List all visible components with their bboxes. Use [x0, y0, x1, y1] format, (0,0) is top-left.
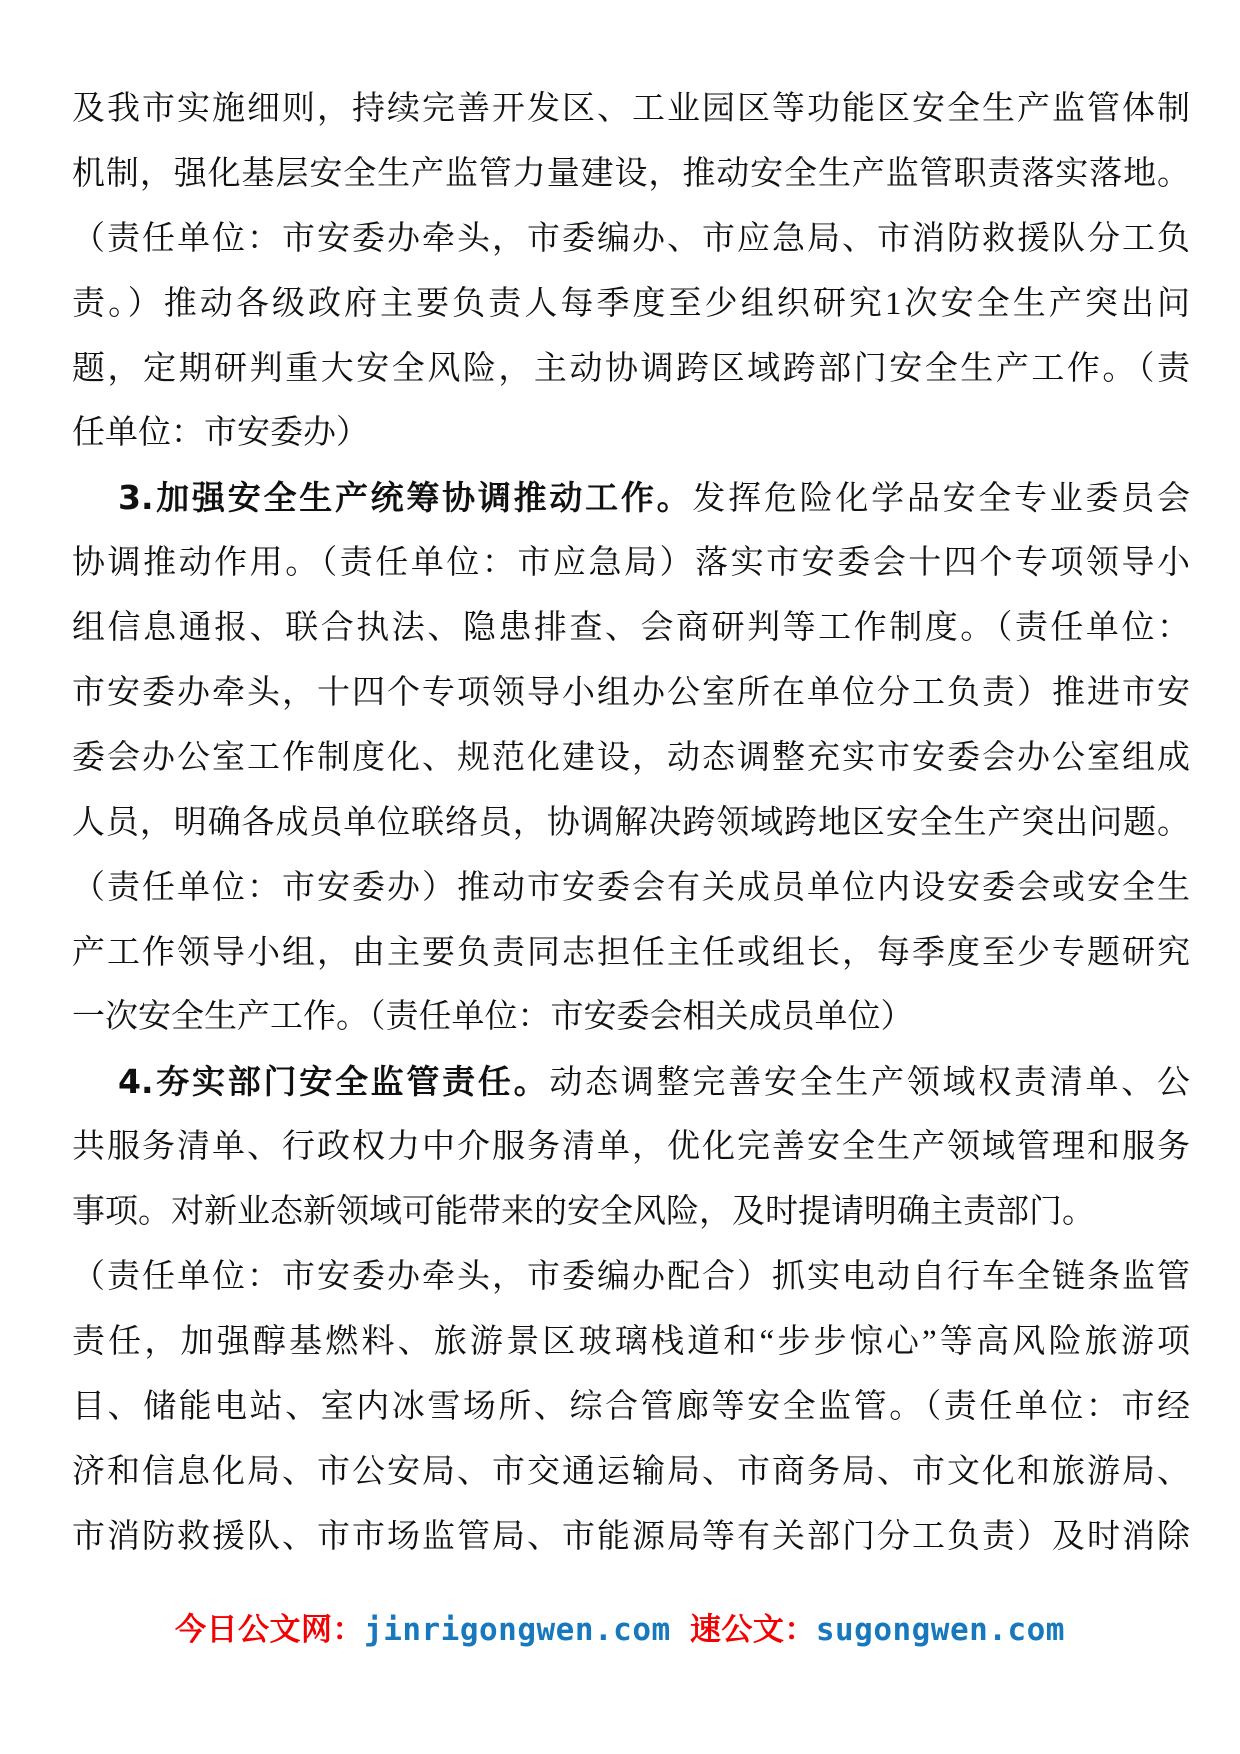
line-text: 责。）推动各级政府主要负责人每季度至少组织研究1次安全生产突出问 — [72, 286, 1190, 322]
text-line: 协调推动作用。（责任单位：市应急局）落实市安委会十四个专项领导小 — [72, 531, 1190, 596]
section-4-title: 4.夯实部门安全监管责任。 — [118, 1062, 549, 1101]
text-line: 人员，明确各成员单位联络员，协调解决跨领域跨地区安全生产突出问题。 — [72, 791, 1190, 856]
footer-site-2-label: 速公文： — [671, 1612, 816, 1648]
line-text: 及我市实施细则，持续完善开发区、工业园区等功能区安全生产监管体制 — [72, 91, 1190, 127]
text-line: （责任单位：市安委办牵头，市委编办、市应急局、市消防救援队分工负 — [72, 207, 1190, 272]
line-text: （责任单位：市安委办牵头，市委编办配合）抓实电动自行车全链条监管 — [72, 1259, 1190, 1295]
line-text: 市消防救援队、市市场监管局、市能源局等有关部门分工负责）及时消除 — [72, 1519, 1190, 1555]
line-text: （责任单位：市安委办牵头，市委编办、市应急局、市消防救援队分工负 — [72, 221, 1190, 257]
line-text: 任单位：市安委办） — [72, 415, 369, 451]
text-line: 委会办公室工作制度化、规范化建设，动态调整充实市安委会办公室组成 — [72, 726, 1190, 791]
footer-site-1-url: jinrigongwen.com — [364, 1612, 671, 1648]
footer-site-1-label: 今日公文网： — [175, 1612, 364, 1648]
line-text: 动态调整完善安全生产领域权责清单、公 — [549, 1065, 1190, 1101]
section-3-title: 3.加强安全生产统筹协调推动工作。 — [118, 478, 692, 517]
text-line: 及我市实施细则，持续完善开发区、工业园区等功能区安全生产监管体制 — [72, 77, 1190, 142]
text-line: 市安委办牵头，十四个专项领导小组办公室所在单位分工负责）推进市安 — [72, 661, 1190, 726]
text-line: 任单位：市安委办） — [72, 401, 1190, 466]
text-line: 一次安全生产工作。（责任单位：市安委会相关成员单位） — [72, 985, 1190, 1050]
text-line: 题，定期研判重大安全风险，主动协调跨区域跨部门安全生产工作。（责 — [72, 337, 1190, 402]
text-line: 目、储能电站、室内冰雪场所、综合管廊等安全监管。（责任单位：市经 — [72, 1375, 1190, 1440]
line-text: 委会办公室工作制度化、规范化建设，动态调整充实市安委会办公室组成 — [72, 740, 1190, 776]
document-page: 及我市实施细则，持续完善开发区、工业园区等功能区安全生产监管体制 机制，强化基层… — [0, 0, 1240, 1754]
text-line: 4.夯实部门安全监管责任。动态调整完善安全生产领域权责清单、公 — [72, 1050, 1190, 1115]
document-body: 及我市实施细则，持续完善开发区、工业园区等功能区安全生产监管体制 机制，强化基层… — [72, 77, 1190, 1569]
line-text: 协调推动作用。（责任单位：市应急局）落实市安委会十四个专项领导小 — [72, 545, 1190, 581]
line-text: 机制，强化基层安全生产监管力量建设，推动安全生产监管职责落实落地。 — [72, 156, 1190, 192]
line-text: 市安委办牵头，十四个专项领导小组办公室所在单位分工负责）推进市安 — [72, 675, 1190, 711]
line-text: 责任，加强醇基燃料、旅游景区玻璃栈道和“步步惊心”等高风险旅游项 — [72, 1324, 1190, 1360]
line-text: 事项。对新业态新领域可能带来的安全风险，及时提请明确主责部门。 — [72, 1194, 1095, 1230]
text-line: 3.加强安全生产统筹协调推动工作。发挥危险化学品安全专业委员会 — [72, 466, 1190, 531]
text-line: 责。）推动各级政府主要负责人每季度至少组织研究1次安全生产突出问 — [72, 272, 1190, 337]
line-text: 发挥危险化学品安全专业委员会 — [692, 481, 1190, 517]
line-text: 共服务清单、行政权力中介服务清单，优化完善安全生产领域管理和服务 — [72, 1129, 1190, 1165]
text-line: （责任单位：市安委办）推动市安委会有关成员单位内设安委会或安全生 — [72, 856, 1190, 921]
line-text: 组信息通报、联合执法、隐患排查、会商研判等工作制度。（责任单位： — [72, 610, 1190, 646]
text-line: 机制，强化基层安全生产监管力量建设，推动安全生产监管职责落实落地。 — [72, 142, 1190, 207]
line-text: 济和信息化局、市公安局、市交通运输局、市商务局、市文化和旅游局、 — [72, 1454, 1190, 1490]
text-line: 事项。对新业态新领域可能带来的安全风险，及时提请明确主责部门。 — [72, 1180, 1190, 1245]
line-text: 人员，明确各成员单位联络员，协调解决跨领域跨地区安全生产突出问题。 — [72, 805, 1190, 841]
text-line: 共服务清单、行政权力中介服务清单，优化完善安全生产领域管理和服务 — [72, 1115, 1190, 1180]
line-text: 题，定期研判重大安全风险，主动协调跨区域跨部门安全生产工作。（责 — [72, 351, 1190, 387]
text-line: 济和信息化局、市公安局、市交通运输局、市商务局、市文化和旅游局、 — [72, 1440, 1190, 1505]
text-line: 产工作领导小组，由主要负责同志担任主任或组长，每季度至少专题研究 — [72, 921, 1190, 986]
footer-watermark: 今日公文网：jinrigongwen.com 速公文：sugongwen.com — [0, 1608, 1240, 1652]
text-line: 责任，加强醇基燃料、旅游景区玻璃栈道和“步步惊心”等高风险旅游项 — [72, 1310, 1190, 1375]
text-line: 市消防救援队、市市场监管局、市能源局等有关部门分工负责）及时消除 — [72, 1505, 1190, 1570]
line-text: 一次安全生产工作。（责任单位：市安委会相关成员单位） — [72, 999, 914, 1035]
line-text: 目、储能电站、室内冰雪场所、综合管廊等安全监管。（责任单位：市经 — [72, 1389, 1190, 1425]
text-line: 组信息通报、联合执法、隐患排查、会商研判等工作制度。（责任单位： — [72, 596, 1190, 661]
footer-site-2-url: sugongwen.com — [816, 1612, 1065, 1648]
line-text: 产工作领导小组，由主要负责同志担任主任或组长，每季度至少专题研究 — [72, 935, 1190, 971]
line-text: （责任单位：市安委办）推动市安委会有关成员单位内设安委会或安全生 — [72, 870, 1190, 906]
text-line: （责任单位：市安委办牵头，市委编办配合）抓实电动自行车全链条监管 — [72, 1245, 1190, 1310]
